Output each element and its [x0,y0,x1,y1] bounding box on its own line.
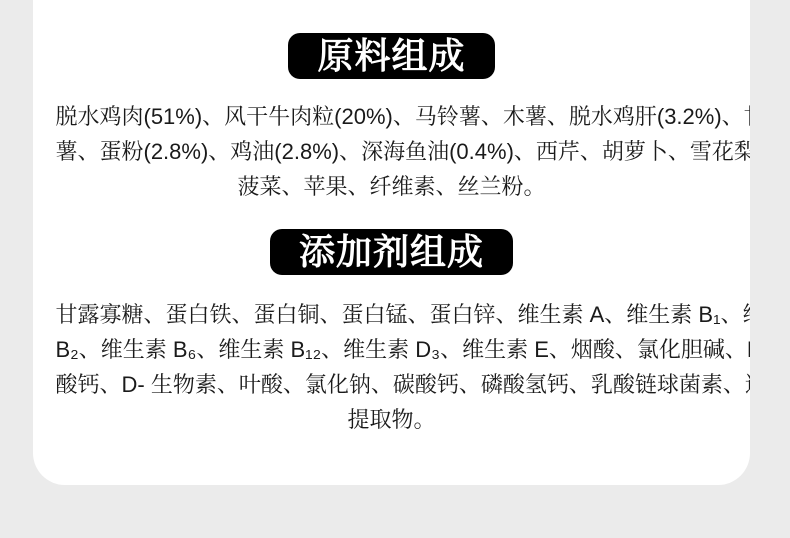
product-info-card: 原料组成 脱水鸡肉(51%)、风干牛肉粒(20%)、马铃薯、木薯、脱水鸡肝(3.… [33,0,750,485]
ingredients-line: 菠菜、苹果、纤维素、丝兰粉。 [56,169,728,204]
ingredients-line: 脱水鸡肉(51%)、风干牛肉粒(20%)、马铃薯、木薯、脱水鸡肝(3.2%)、甘 [56,99,728,134]
additives-line: 酸钙、D- 生物素、叶酸、氯化钠、碳酸钙、磷酸氢钙、乳酸链球菌素、迷迭香 [56,367,728,402]
section-ingredients: 原料组成 脱水鸡肉(51%)、风干牛肉粒(20%)、马铃薯、木薯、脱水鸡肝(3.… [33,33,750,204]
additives-paragraph: 甘露寡糖、蛋白铁、蛋白铜、蛋白锰、蛋白锌、维生素 A、维生素 B₁、维生素 B₂… [56,297,728,437]
section-additives: 添加剂组成 甘露寡糖、蛋白铁、蛋白铜、蛋白锰、蛋白锌、维生素 A、维生素 B₁、… [33,229,750,437]
additives-line: B₂、维生素 B₆、维生素 B₁₂、维生素 D₃、维生素 E、烟酸、氯化胆碱、D… [56,332,728,367]
ingredients-line: 薯、蛋粉(2.8%)、鸡油(2.8%)、深海鱼油(0.4%)、西芹、胡萝卜、雪花… [56,134,728,169]
additives-title-badge: 添加剂组成 [270,229,513,275]
additives-line: 甘露寡糖、蛋白铁、蛋白铜、蛋白锰、蛋白锌、维生素 A、维生素 B₁、维生素 [56,297,728,332]
ingredients-paragraph: 脱水鸡肉(51%)、风干牛肉粒(20%)、马铃薯、木薯、脱水鸡肝(3.2%)、甘… [56,99,728,204]
ingredients-title-badge: 原料组成 [288,33,494,79]
additives-line: 提取物。 [56,402,728,437]
